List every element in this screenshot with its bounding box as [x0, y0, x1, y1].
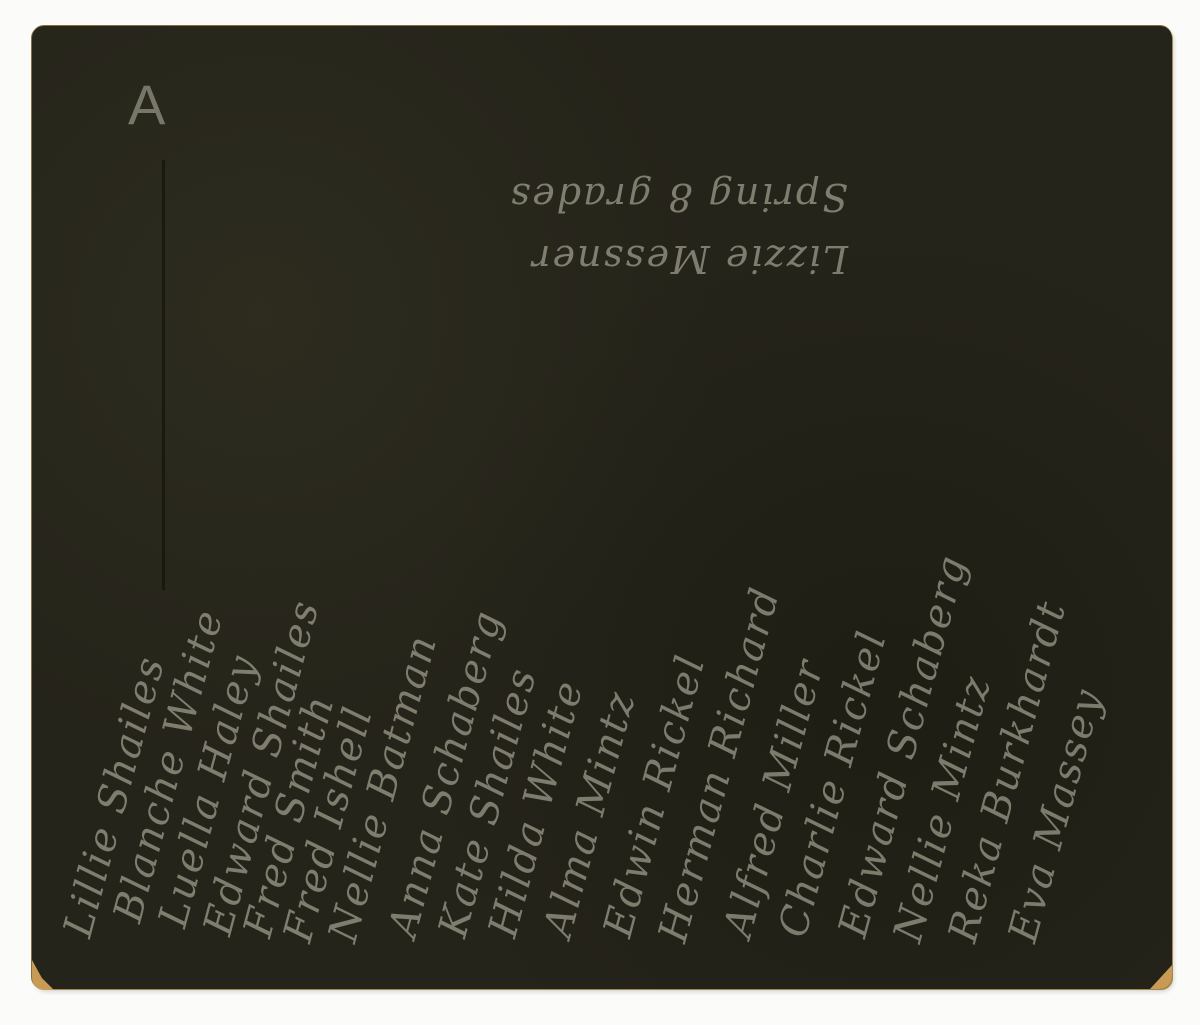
- handwritten-name-list: Lillie Shailes Blanche White Luella Hale…: [0, 0, 1200, 1025]
